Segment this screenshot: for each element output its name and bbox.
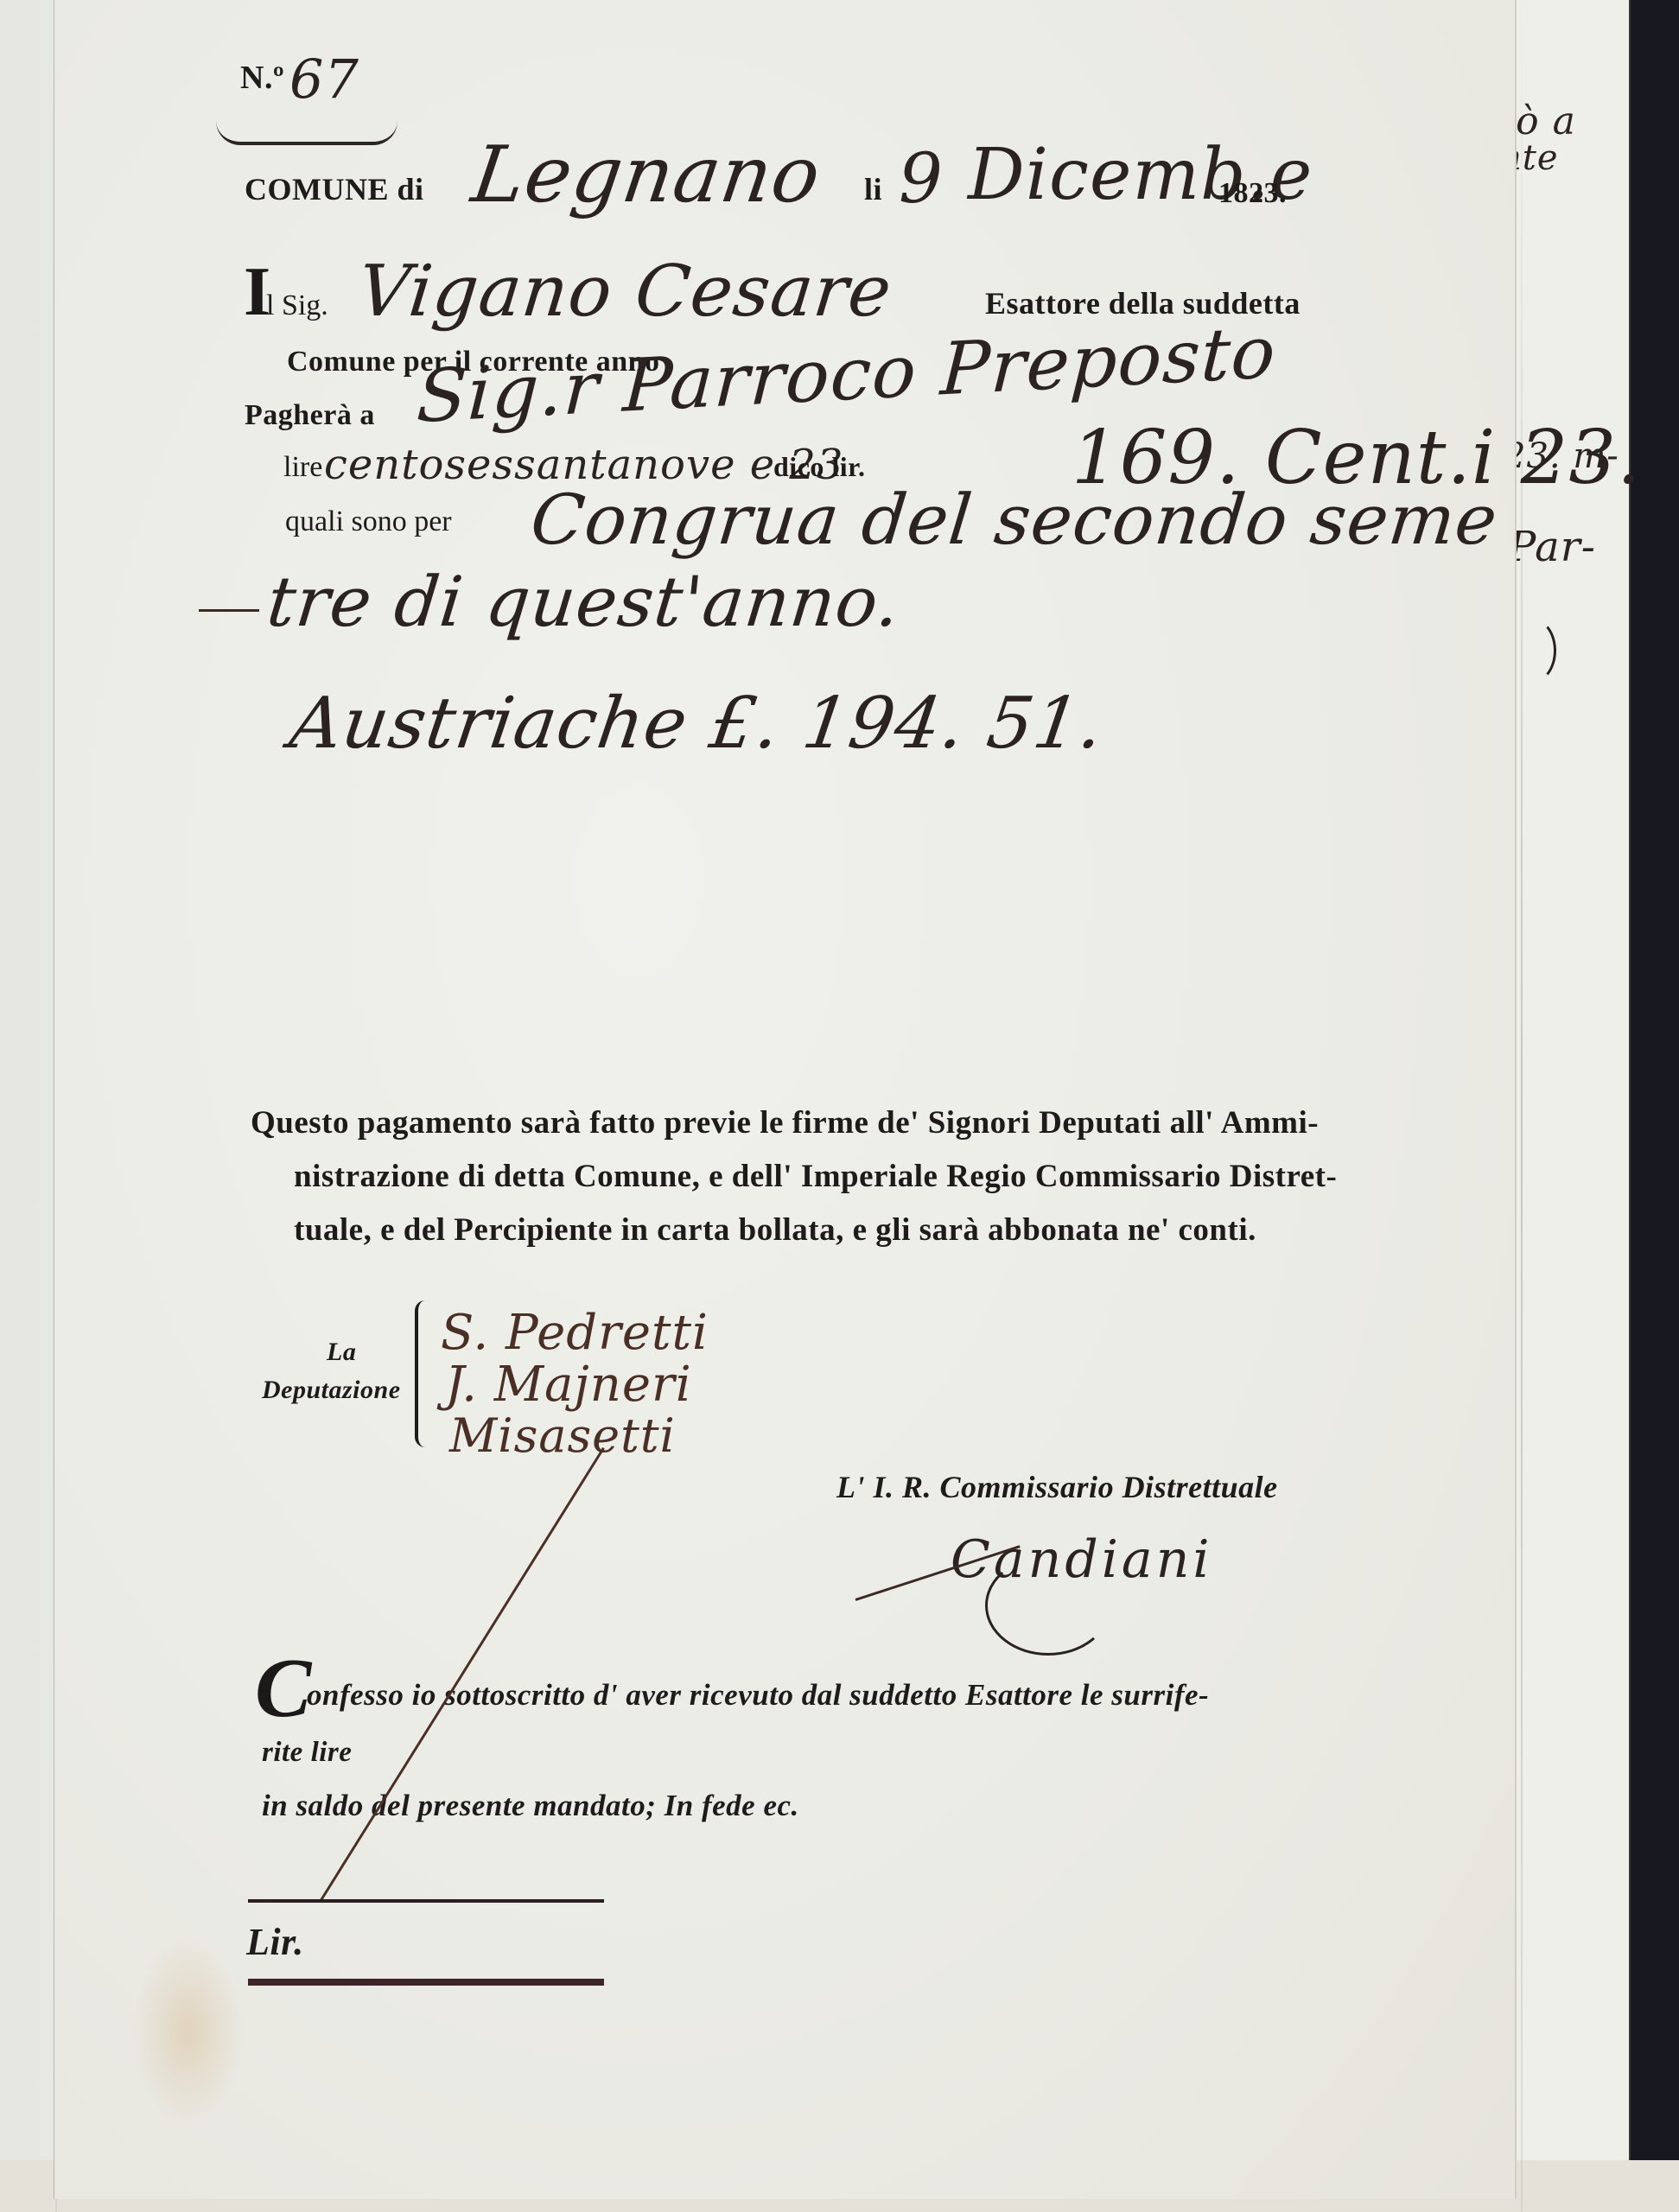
deputazione-brace — [415, 1300, 434, 1447]
purpose-line-2: tre di quest'anno. — [264, 562, 904, 642]
comune-label: COMUNE di — [245, 171, 424, 207]
confession-initial: C — [255, 1646, 311, 1731]
date-year: 1823. — [1218, 177, 1287, 210]
date-connector: li — [864, 171, 882, 207]
deputazione-signature-2: J. Majneri — [445, 1357, 692, 1413]
lire-label: lire — [283, 451, 322, 484]
clause-line-1: Questo pagamento sarà fatto previe le fi… — [251, 1104, 1319, 1141]
deputazione-signature-1: S. Pedretti — [441, 1305, 709, 1361]
number-label: N.º — [240, 59, 284, 97]
signature-loop — [985, 1555, 1111, 1656]
deputazione-label-2: Deputazione — [262, 1376, 401, 1405]
under-fragment-4: Par- — [1508, 523, 1596, 571]
deputazione-label-1: La — [327, 1338, 356, 1367]
clause-line-3: tuale, e del Percipiente in carta bollat… — [294, 1211, 1256, 1249]
austriache-amount: Austriache £. 194. 51. — [285, 683, 1109, 765]
margin-dash — [199, 609, 259, 612]
esattore-name: Vigano Cesare — [354, 251, 896, 333]
paper-stain — [132, 1935, 245, 2126]
commissario-label: L' I. R. Commissario Distrettuale — [836, 1469, 1278, 1505]
dico-label: dico lir. — [773, 451, 865, 483]
clause-line-2: nistrazione di detta Comune, e dell' Imp… — [294, 1158, 1337, 1195]
quali-label: quali sono per — [285, 505, 452, 538]
number-value: 67 — [289, 48, 359, 111]
comune-value: Legnano — [467, 130, 826, 220]
fold-crease — [1521, 0, 1523, 2212]
paghera-label: Pagherà a — [245, 399, 375, 432]
lir-label: Lir. — [246, 1920, 304, 1964]
date-day: 9 — [899, 138, 944, 219]
confession-line-2: rite lire — [262, 1737, 352, 1769]
confession-line-3: in saldo del presente mandato; In fede e… — [262, 1789, 799, 1823]
number-underbrace — [216, 121, 397, 145]
sig-label: l Sig. — [266, 289, 328, 322]
lir-top-rule — [248, 1899, 604, 1903]
deputazione-signature-3: Misasetti — [449, 1408, 676, 1463]
purpose-line-1: Congrua del secondo seme — [527, 480, 1502, 560]
lir-bottom-rule — [248, 1979, 604, 1986]
